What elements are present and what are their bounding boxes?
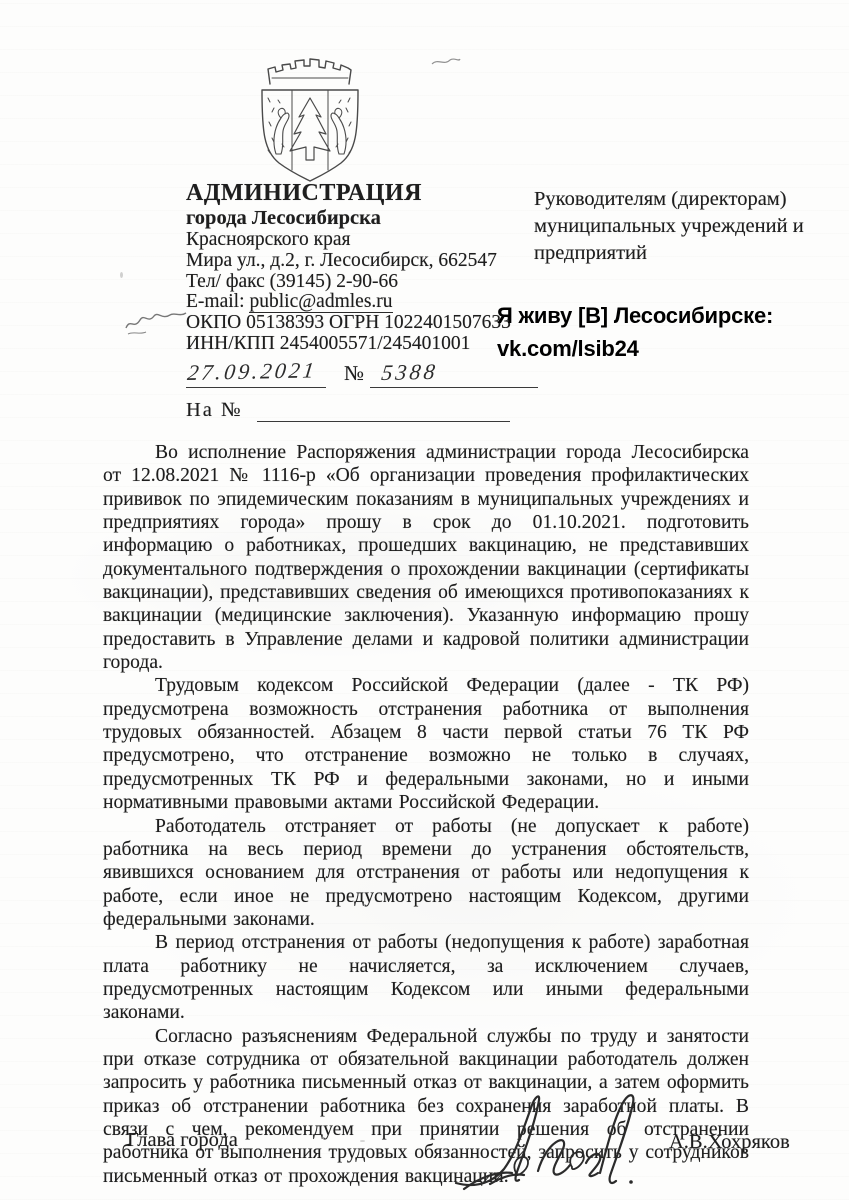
inn-kpp-line: ИНН/КПП 2454005571/245401001 xyxy=(186,334,526,355)
coat-of-arms-emblem xyxy=(232,56,388,189)
social-watermark-line2: vk.com/lsib24 xyxy=(497,332,773,365)
social-watermark: Я живу [В] Лесосибирске: vk.com/lsib24 xyxy=(497,299,773,365)
address-line-street: Мира ул., д.2, г. Лесосибирск, 662547 xyxy=(186,251,526,272)
email-address: public@admles.ru xyxy=(249,291,392,313)
scan-artifact xyxy=(120,272,123,278)
body-paragraph: Трудовым кодексом Российской Федерации (… xyxy=(103,674,749,814)
scan-artifact xyxy=(690,1128,694,1130)
phone-fax-line: Тел/ факс (39145) 2-90-66 xyxy=(186,272,526,293)
org-name: АДМИНИСТРАЦИЯ xyxy=(186,180,526,207)
email-line: E-mail:public@admles.ru xyxy=(186,292,526,313)
body-paragraph: Работодатель отстраняет от работы (не до… xyxy=(103,815,749,932)
letter-body: Во исполнение Распоряжения администрации… xyxy=(103,441,749,1188)
social-watermark-line1: Я живу [В] Лесосибирске: xyxy=(497,299,773,332)
signer-name: А.В.Хохряков xyxy=(669,1131,790,1154)
okpo-ogrn-line: ОКПО 05138393 ОГРН 1022401507633 xyxy=(186,313,526,334)
incoming-number-blank xyxy=(257,398,510,422)
scan-artifact xyxy=(124,304,188,342)
signer-title: Глава города xyxy=(127,1129,238,1152)
outgoing-reference-row: 27.09.2021 № 5388 xyxy=(186,356,538,388)
numero-sign: № xyxy=(344,361,370,388)
email-label: E-mail: xyxy=(186,291,244,312)
scan-artifact xyxy=(430,54,462,70)
signature-handwriting-icon xyxy=(450,1085,665,1200)
org-subname: города Лесосибирска xyxy=(186,207,526,230)
body-paragraph: Во исполнение Распоряжения администрации… xyxy=(103,441,749,674)
incoming-number-label: На № xyxy=(186,399,243,422)
body-paragraph: В период отстранения от работы (недопуще… xyxy=(103,931,749,1024)
outgoing-number-field: 5388 xyxy=(370,360,538,388)
outgoing-date-handwritten: 27.09.2021 xyxy=(186,357,318,386)
incoming-reference-row: На № xyxy=(186,396,510,422)
address-line-region: Красноярского края xyxy=(186,230,526,251)
addressee-line: предприятий xyxy=(534,240,826,267)
addressee-line: Руководителям (директорам) xyxy=(534,186,826,213)
outgoing-date-field: 27.09.2021 xyxy=(186,360,326,388)
scanned-letter-page: АДМИНИСТРАЦИЯ города Лесосибирска Красно… xyxy=(0,0,849,1200)
scan-artifact xyxy=(360,1140,365,1142)
letterhead-block: АДМИНИСТРАЦИЯ города Лесосибирска Красно… xyxy=(186,180,526,355)
addressee-line: муниципальных учреждений и xyxy=(534,213,826,240)
outgoing-number-handwritten: 5388 xyxy=(380,359,439,386)
addressee-block: Руководителям (директорам) муниципальных… xyxy=(534,186,826,267)
